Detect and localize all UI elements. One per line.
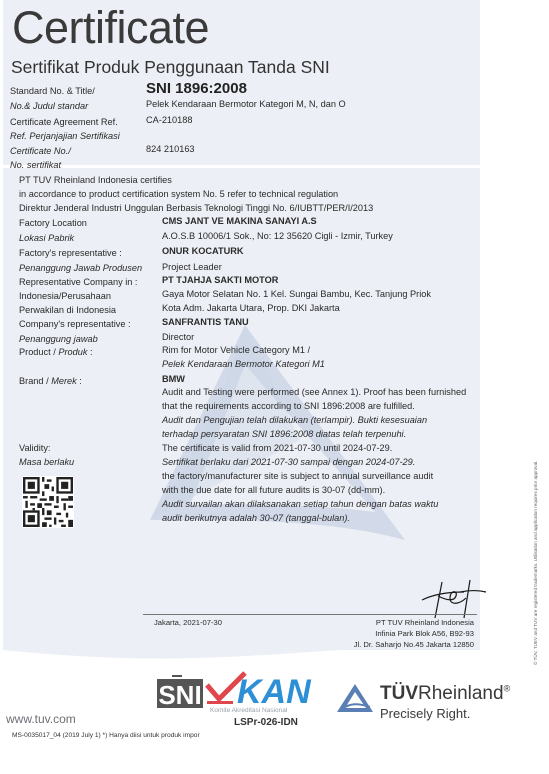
qr-code-icon[interactable] [22, 476, 74, 528]
rep-company-label-id-2: Perwakilan di Indonesia [19, 305, 116, 315]
rep-company-address-2: Kota Adm. Jakarta Utara, Prop. DKI Jakar… [162, 303, 340, 313]
factory-name: CMS JANT VE MAKINA SANAYI A.S [162, 216, 317, 226]
brand-label: Brand / Merek : [19, 376, 82, 386]
product-value-id: Pelek Kendaraan Bermotor Kategori M1 [162, 359, 325, 369]
statement-line-1: Audit and Testing were performed (see An… [162, 387, 466, 397]
factory-label-id: Lokasi Pabrik [19, 233, 74, 243]
company-rep-label-id: Penanggung jawab [19, 334, 98, 344]
statement-line-2: that the requirements according to SNI 1… [162, 401, 415, 411]
validity-label: Validity: [19, 443, 51, 453]
validity-line-5: Audit survailan akan dilaksanakan setiap… [162, 499, 438, 509]
validity-line-6: audit berikutnya adalah 30-07 (tanggal-b… [162, 513, 350, 523]
factory-label: Factory Location [19, 218, 87, 228]
validity-label-id: Masa berlaku [19, 457, 74, 467]
rep-company-label: Representative Company in : [19, 277, 137, 287]
agreement-label: Certificate Agreement Ref. [10, 117, 118, 127]
form-footer: MS-0035017_04 (2019 July 1) *) Hanya dii… [12, 732, 200, 739]
company-rep-role: Director [162, 332, 194, 342]
agreement-ref: CA-210188 [146, 115, 192, 125]
company-rep-label: Company's representative : [19, 319, 131, 329]
kan-logo-icon: KAN [205, 671, 325, 705]
sni-logo-icon: SNI [156, 675, 204, 709]
issuer-address-1: Infinia Park Blok A56, B92-93 [375, 629, 474, 638]
standard-title: Pelek Kendaraan Bermotor Kategori M, N, … [146, 99, 346, 109]
standard-number: SNI 1896:2008 [146, 80, 247, 97]
standard-label: Standard No. & Title/ [10, 86, 95, 96]
certificate-no-label-id: No. sertifikat [10, 160, 61, 170]
place-date: Jakarta, 2021-07-30 [154, 618, 222, 627]
statement-line-4: terhadap persyaratan SNI 1896:2008 diata… [162, 429, 406, 439]
certificate-no-label: Certificate No./ [10, 146, 71, 156]
rep-company-label-id-1: Indonesia/Perusahaan [19, 291, 111, 301]
rep-company-name: PT TJAHJA SAKTI MOTOR [162, 275, 278, 285]
product-label: Product / Produk : [19, 347, 93, 357]
intro-line-2: in accordance to product certification s… [19, 189, 338, 199]
agreement-label-id: Ref. Perjanjajian Sertifikasi [10, 131, 120, 141]
certificate-no: 824 210163 [146, 144, 195, 154]
tuv-triangle-icon [336, 683, 374, 713]
validity-line-2: Sertifikat berlaku dari 2021-07-30 sampa… [162, 457, 415, 467]
standard-label-id: No.& Judul standar [10, 101, 88, 111]
trademark-note: © TÜV, TUEV and TUV are registered trade… [533, 461, 538, 665]
tuv-wordmark: TÜVRheinland® [380, 683, 510, 705]
factory-rep-label-id: Penanggung Jawab Produsen [19, 263, 142, 273]
rep-company-address-1: Gaya Motor Selatan No. 1 Kel. Sungai Bam… [162, 289, 431, 299]
intro-line-1: PT TUV Rheinland Indonesia certifies [19, 175, 172, 185]
lspr-code: LSPr-026-IDN [234, 717, 298, 728]
svg-text:KAN: KAN [237, 673, 312, 705]
factory-rep-label: Factory's representative : [19, 248, 122, 258]
validity-line-1: The certificate is valid from 2021-07-30… [162, 443, 392, 453]
factory-address: A.O.S.B 10006/1 Sok., No: 12 35620 Cigli… [162, 231, 393, 241]
issuer-name: PT TUV Rheinland Indonesia [376, 618, 474, 627]
certificate-subtitle: Sertifikat Produk Penggunaan Tanda SNI [11, 57, 330, 78]
factory-rep-name: ONUR KOCATURK [162, 246, 244, 256]
signature-line [143, 614, 477, 615]
kan-subtitle: Komite Akreditasi Nasional [210, 707, 287, 714]
validity-line-4: with the due date for all future audits … [162, 485, 385, 495]
intro-line-3: Direktur Jenderal Industri Unggulan Berb… [19, 203, 373, 213]
issuer-address-2: Jl. Dr. Saharjo No.45 Jakarta 12850 [354, 640, 474, 649]
product-value: Rim for Motor Vehicle Category M1 / [162, 345, 310, 355]
website-link[interactable]: www.tuv.com [6, 712, 76, 726]
brand-value: BMW [162, 374, 185, 384]
certificate-title: Certificate [12, 2, 209, 54]
statement-line-3: Audit dan Pengujian telah dilakukan (ter… [162, 415, 427, 425]
validity-line-3: the factory/manufacturer site is subject… [162, 471, 433, 481]
factory-rep-role: Project Leader [162, 262, 222, 272]
tuv-tagline: Precisely Right. [380, 706, 470, 721]
svg-text:SNI: SNI [158, 680, 201, 709]
company-rep-name: SANFRANTIS TANU [162, 317, 249, 327]
